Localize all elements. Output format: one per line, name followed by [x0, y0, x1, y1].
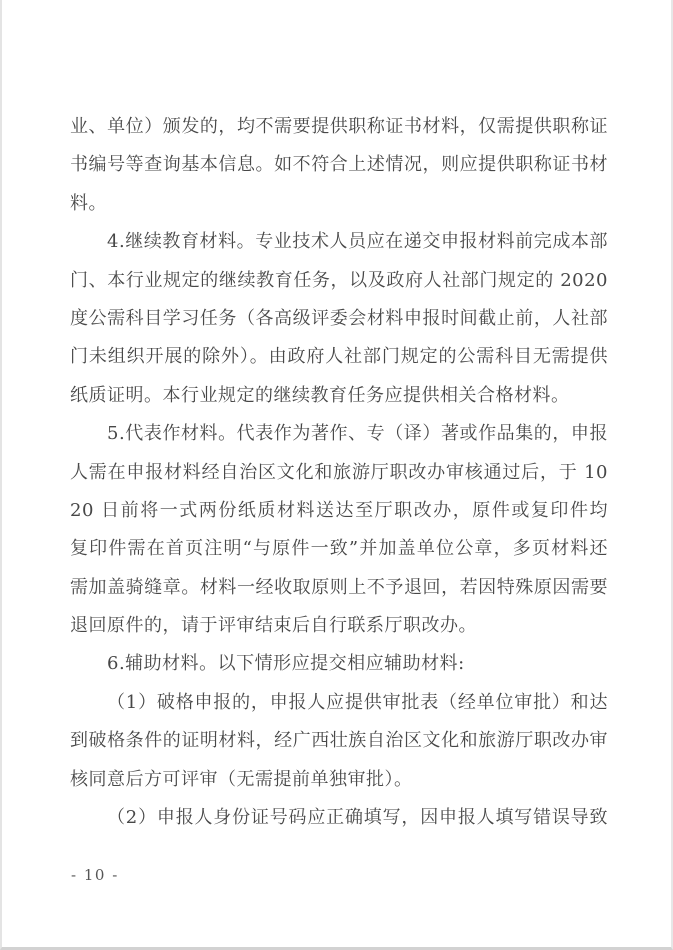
- text-line: 6.辅助材料。以下情形应提交相应辅助材料:: [70, 645, 608, 683]
- text-line: 4.继续教育材料。专业技术人员应在递交申报材料前完成本部: [70, 223, 608, 261]
- text-line: 复印件需在首页注明“与原件一致”并加盖单位公章，多页材料还: [70, 530, 608, 568]
- text-line: 度公需科目学习任务（各高级评委会材料申报时间截止前，人社部: [70, 300, 608, 338]
- text-line: （2）申报人身份证号码应正确填写，因申报人填写错误导致共: [70, 799, 608, 837]
- text-line: 核同意后方可评审（无需提前单独审批）。: [70, 761, 608, 799]
- document-body: 业、单位）颁发的，均不需要提供职称证书材料，仅需提供职称证 书编号等查询基本信息…: [70, 108, 608, 837]
- text-line: 纸质证明。本行业规定的继续教育任务应提供相关合格材料。: [70, 377, 608, 415]
- page-number: - 10 -: [71, 866, 119, 884]
- text-line: 书编号等查询基本信息。如不符合上述情况，则应提供职称证书材: [70, 146, 608, 184]
- text-line: 人需在申报材料经自治区文化和旅游厅职改办审核通过后，于 10 月: [70, 454, 608, 492]
- text-line: （1）破格申报的，申报人应提供审批表（经单位审批）和达: [70, 684, 608, 722]
- text-line: 到破格条件的证明材料，经广西壮族自治区文化和旅游厅职改办审: [70, 722, 608, 760]
- text-line: 业、单位）颁发的，均不需要提供职称证书材料，仅需提供职称证: [70, 108, 608, 146]
- text-line: 5.代表作材料。代表作为著作、专（译）著或作品集的，申报: [70, 415, 608, 453]
- text-line: 退回原件的，请于评审结束后自行联系厅职改办。: [70, 607, 608, 645]
- text-line: 门、本行业规定的继续教育任务，以及政府人社部门规定的 2020 年: [70, 262, 608, 300]
- text-line: 20 日前将一式两份纸质材料送达至厅职改办，原件或复印件均可。: [70, 492, 608, 530]
- document-page: 业、单位）颁发的，均不需要提供职称证书材料，仅需提供职称证 书编号等查询基本信息…: [0, 0, 673, 950]
- text-line: 需加盖骑缝章。材料一经收取原则上不予退回，若因特殊原因需要: [70, 569, 608, 607]
- text-line: 门未组织开展的除外）。由政府人社部门规定的公需科目无需提供: [70, 338, 608, 376]
- text-line: 料。: [70, 185, 608, 223]
